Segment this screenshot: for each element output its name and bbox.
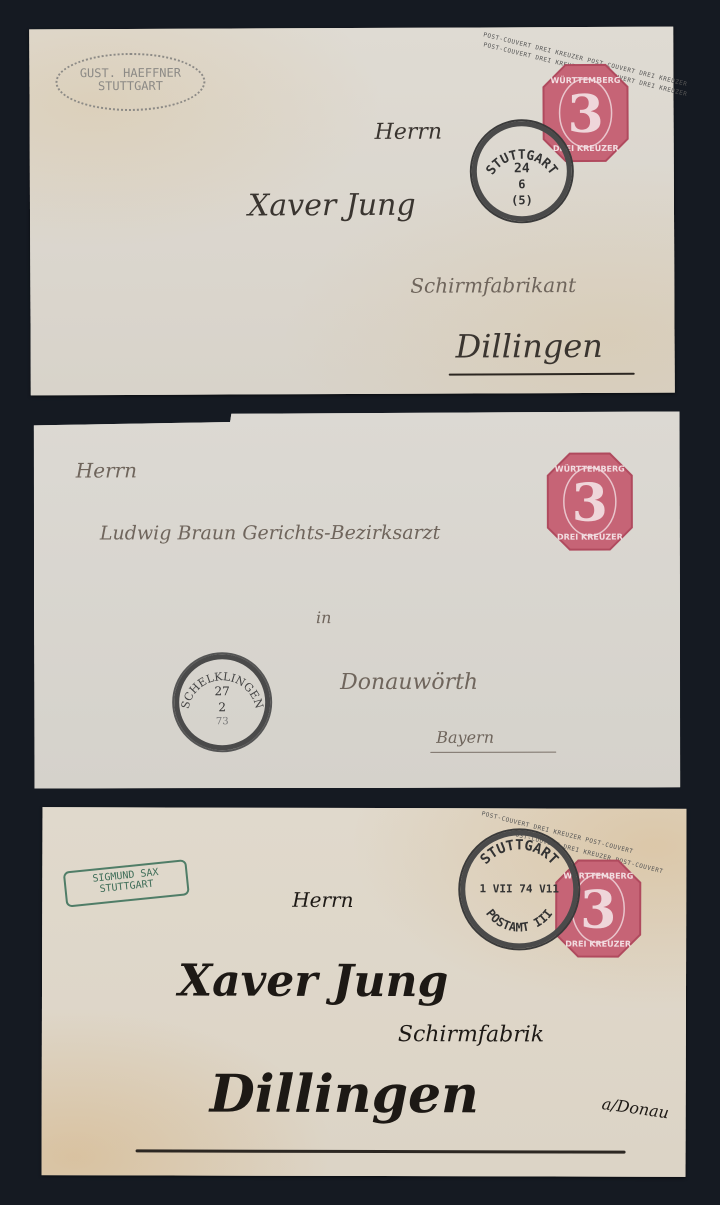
address-line2: Schirmfabrikant [410,273,576,298]
svg-text:WÜRTTEMBERG: WÜRTTEMBERG [550,75,620,85]
envelope-2: 3 WÜRTTEMBERG DREI KREUZER SCHELKLINGEN … [34,411,681,788]
address-city: Dillingen [210,1064,479,1126]
postmark-month: 6 [472,177,572,191]
address-line2: Schirmfabrik [398,1022,544,1047]
sender-line-1: GUST. HAEFFNER [57,67,203,80]
address-name: Ludwig Braun Gerichts-Bezirksarzt [100,522,440,545]
address-city: Donauwörth [340,670,478,695]
postmark-month: 2 [174,700,270,714]
svg-text:3: 3 [580,880,616,941]
postmark-day: 24 [472,161,572,176]
address-salutation: Herrn [292,888,353,912]
sender-line-2: STUTTGART [57,79,203,92]
postmark-year: 73 [174,716,270,727]
address-city: Dillingen [456,327,603,366]
address-city-suffix: a/Donau [601,1094,671,1122]
address-name: Xaver Jung [178,956,448,1008]
svg-text:POSTAMT III: POSTAMT III [483,906,555,934]
postmark-stuttgart: STUTTGART 24 6 (5) [470,119,574,223]
postmark-date: 1 VII 74 V11 [460,882,578,895]
svg-text:WÜRTTEMBERG: WÜRTTEMBERG [555,464,625,474]
address-name: Xaver Jung [248,188,416,224]
envelope-3: SIGMUND SAX STUTTGART POST-COUVERT DREI … [42,807,687,1177]
svg-text:3: 3 [572,473,608,534]
svg-text:3: 3 [567,84,603,145]
postmark-schelklingen: SCHELKLINGEN 27 2 73 [172,652,272,752]
postmark-hour: (5) [472,193,572,207]
sender-cachet: SIGMUND SAX STUTTGART [63,859,190,907]
postage-stamp-imprint: 3 WÜRTTEMBERG DREI KREUZER [546,452,634,552]
octagon-stamp-icon: 3 WÜRTTEMBERG DREI KREUZER [546,452,634,552]
address-salutation: Herrn [375,120,443,145]
sender-cachet: GUST. HAEFFNER STUTTGART [55,53,205,112]
address-line2: in [316,608,331,627]
svg-text:STUTTGART: STUTTGART [477,837,561,868]
envelope-1: GUST. HAEFFNER STUTTGART POST-COUVERT DR… [29,27,675,396]
city-underline [449,373,635,376]
postmark-day: 27 [174,684,270,698]
region-underline [430,752,556,753]
address-salutation: Herrn [76,458,137,482]
svg-text:DREI KREUZER: DREI KREUZER [557,533,623,542]
address-region: Bayern [436,728,494,747]
city-flourish-underline [136,1149,626,1153]
postmark-stuttgart: STUTTGART POSTAMT III 1 VII 74 V11 [458,828,580,950]
